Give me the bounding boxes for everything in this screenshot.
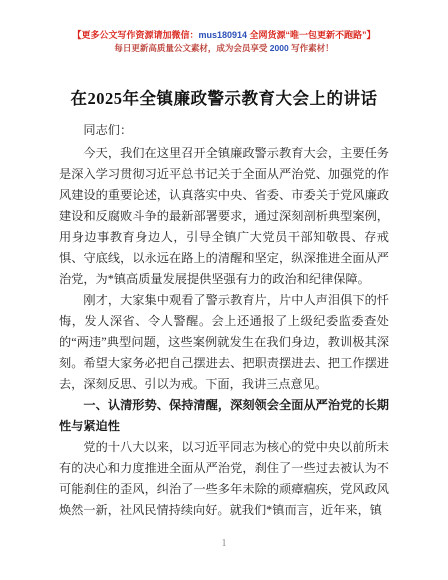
promo-material-count: 2000 xyxy=(270,43,289,53)
doc-title: 在2025年全镇廉政警示教育大会上的讲话 xyxy=(59,87,389,111)
promo-line-2: 每日更新高质量公文素材，成为会员享受 2000 写作素材！ xyxy=(0,42,448,55)
section-heading-1: 一、认清形势、保持清醒，深刻领会全面从严治党的长期性与紧迫性 xyxy=(59,395,389,437)
paragraph: 党的十八大以来，以习近平同志为核心的党中央以前所未有的决心和力度推进全面从严治党… xyxy=(59,437,389,521)
promo-banner: 【更多公文写作资源请加微信：mus180914 全网货源“唯一包更新不跑路”】 … xyxy=(0,28,448,55)
paragraph: 刚才，大家集中观看了警示教育片，片中人声泪俱下的忏悔，发人深省、令人警醒。会上还… xyxy=(59,290,389,395)
promo-line2-tail: 写作素材！ xyxy=(289,43,334,53)
paragraph: 今天，我们在这里召开全镇廉政警示教育大会，主要任务是深入学习贯彻习近平总书记关于… xyxy=(59,143,389,290)
page-number: 1 xyxy=(0,538,448,549)
doc-body: 同志们： 今天，我们在这里召开全镇廉政警示教育大会，主要任务是深入学习贯彻习近平… xyxy=(59,120,389,521)
document-page: 【更多公文写作资源请加微信：mus180914 全网货源“唯一包更新不跑路”】 … xyxy=(0,0,448,580)
promo-line-1: 【更多公文写作资源请加微信：mus180914 全网货源“唯一包更新不跑路”】 xyxy=(0,28,448,42)
promo-line1-text: 【更多公文写作资源请加微信： xyxy=(72,30,198,40)
salutation: 同志们： xyxy=(59,120,389,141)
promo-line2-text: 每日更新高质量公文素材，成为会员享受 xyxy=(114,43,269,53)
promo-wechat-id: mus180914 xyxy=(198,30,247,40)
promo-line1-tail: 全网货源“唯一包更新不跑路”】 xyxy=(247,30,376,40)
